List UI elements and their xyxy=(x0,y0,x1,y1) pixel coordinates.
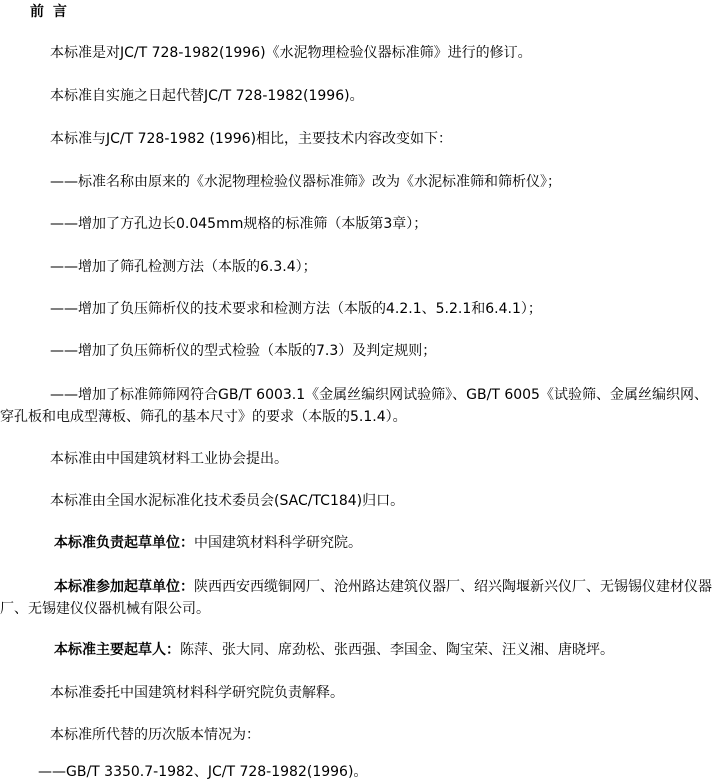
participating-drafters-paragraph: 本标准参加起草单位：陕西西安西缆铜网厂、沧州路达建筑仪器厂、绍兴陶堰新兴仪厂、无… xyxy=(0,576,712,620)
change-item: ——增加了方孔边长0.045mm规格的标准筛（本版第3章）； xyxy=(50,214,427,234)
document-heading: 前 言 xyxy=(30,2,69,22)
responsible-drafter-label: 本标准负责起草单位： xyxy=(54,535,194,551)
paragraph-changes-intro: 本标准与JC/T 728-1982 (1996)相比，主要技术内容改变如下： xyxy=(50,129,452,149)
responsible-drafter-value: 中国建筑材料科学研究院。 xyxy=(194,535,362,551)
history-item: ——GB/T 3350.7-1982、JC/T 728-1982(1996)。 xyxy=(38,762,367,780)
paragraph-history-intro: 本标准所代替的历次版本情况为： xyxy=(50,725,260,745)
change-item: ——增加了负压筛析仪的型式检验（本版的7.3）及判定规则； xyxy=(50,341,436,361)
main-drafters-value: 陈萍、张大同、席劲松、张西强、李国金、陶宝荣、汪义湘、唐晓坪。 xyxy=(180,642,614,658)
change-item: ——标准名称由原来的《水泥物理检验仪器标准筛》改为《水泥标准筛和筛析仪》； xyxy=(50,172,561,192)
paragraph-revision-basis: 本标准是对JC/T 728-1982(1996)《水泥物理检验仪器标准筛》进行的… xyxy=(50,43,532,63)
participating-drafters-label: 本标准参加起草单位： xyxy=(54,579,194,595)
change-item: ——增加了筛孔检测方法（本版的6.3.4）； xyxy=(50,257,317,277)
paragraph-centralized-by: 本标准由全国水泥标准化技术委员会(SAC/TC184)归口。 xyxy=(50,491,404,511)
paragraph-proposed-by: 本标准由中国建筑材料工业协会提出。 xyxy=(50,449,288,469)
change-item: ——增加了标准筛筛网符合GB/T 6003.1《金属丝编织网试验筛》、GB/T … xyxy=(0,384,712,428)
paragraph-interpretation: 本标准委托中国建筑材料科学研究院负责解释。 xyxy=(50,683,344,703)
main-drafters-line: 本标准主要起草人：陈萍、张大同、席劲松、张西强、李国金、陶宝荣、汪义湘、唐晓坪。 xyxy=(54,640,614,660)
paragraph-replaces: 本标准自实施之日起代替JC/T 728-1982(1996)。 xyxy=(50,86,364,106)
change-item: ——增加了负压筛析仪的技术要求和检测方法（本版的4.2.1、5.2.1和6.4.… xyxy=(50,299,542,319)
main-drafters-label: 本标准主要起草人： xyxy=(54,642,180,658)
responsible-drafter-line: 本标准负责起草单位：中国建筑材料科学研究院。 xyxy=(54,533,362,553)
